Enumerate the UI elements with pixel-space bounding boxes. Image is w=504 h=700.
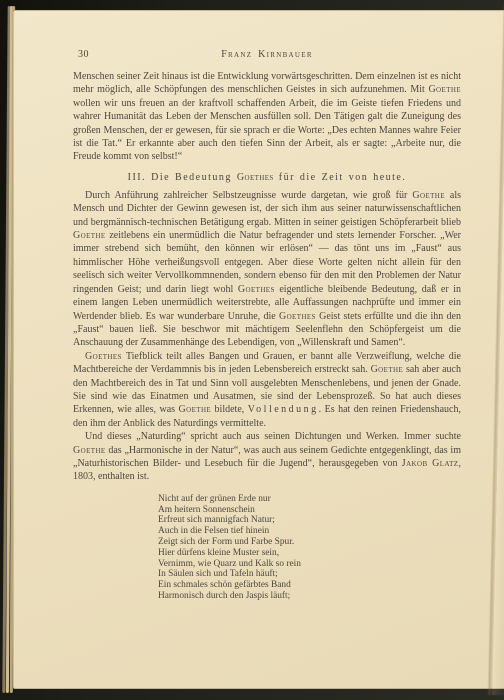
poem-line: Vernimm, wie Quarz und Kalk so rein [158, 559, 461, 570]
page-crease [475, 4, 504, 695]
section-heading: III. Die Bedeutung Goethes für die Zeit … [73, 171, 461, 185]
poem-line: Ein schmales schön gefärbtes Band [158, 580, 461, 591]
text-segment: für die Zeit von heute. [274, 172, 407, 183]
poem-line: In Säulen sich und Tafeln häuft; [158, 569, 461, 580]
poem-line: Zeigt sich der Form und Farbe Spur. [158, 537, 461, 548]
poem-line: Harmonisch durch den Jaspis läuft; [158, 591, 461, 602]
poem-line: Am heitern Sonnenschein [158, 505, 461, 516]
text-segment: bildete, [211, 404, 248, 415]
small-caps-name: Goethe [428, 84, 461, 95]
poem-line: Auch in die Felsen tief hinein [158, 526, 461, 537]
small-caps-name: Goethe [73, 230, 106, 241]
poem-line: Erfreut sich mannigfach Natur; [158, 515, 461, 526]
running-header: Franz Kirnbauer [221, 49, 313, 60]
small-caps-name: Goethes [279, 311, 316, 322]
page-header: 30 Franz Kirnbauer [73, 48, 461, 61]
small-caps-name: Goethe [412, 190, 445, 201]
small-caps-name: Jakob Glatz [402, 458, 459, 469]
page-number: 30 [78, 48, 89, 61]
small-caps-name: Goethe [73, 445, 106, 456]
text-segment: Menschen seiner Zeit hinaus ist die Entw… [73, 71, 461, 95]
text-segment: Durch Anführung zahlreicher Selbstzeugni… [85, 190, 412, 201]
paragraph: Durch Anführung zahlreicher Selbstzeugni… [73, 189, 461, 350]
spaced-emphasis: Vollendung [248, 404, 319, 415]
poem: Nicht auf der grünen Erde nurAm heitern … [158, 494, 461, 602]
book-page: 30 Franz Kirnbauer Menschen seiner Zeit … [13, 10, 504, 689]
small-caps-name: Goethes [237, 172, 274, 183]
paragraph: Menschen seiner Zeit hinaus ist die Entw… [73, 70, 461, 164]
text-segment: wollen wir uns freuen an der kraftvoll s… [73, 98, 461, 163]
paragraph: Und dieses „Naturding“ spricht auch aus … [73, 430, 461, 484]
poem-line: Hier dürfens kleine Muster sein, [158, 548, 461, 559]
scanned-book-photo: 30 Franz Kirnbauer Menschen seiner Zeit … [0, 0, 504, 700]
small-caps-name: Goethes [238, 284, 275, 295]
page-content: 30 Franz Kirnbauer Menschen seiner Zeit … [73, 48, 461, 602]
small-caps-name: Goethe [371, 364, 404, 375]
poem-line: Nicht auf der grünen Erde nur [158, 494, 461, 505]
text-segment: Und dieses „Naturding“ spricht auch aus … [85, 431, 461, 442]
body-text: Menschen seiner Zeit hinaus ist die Entw… [73, 70, 461, 602]
text-segment: III. Die Bedeutung [128, 172, 237, 183]
small-caps-name: Goethe [179, 404, 212, 415]
small-caps-name: Goethes [85, 351, 122, 362]
paragraph: Goethes Tiefblick teilt alles Bangen und… [73, 350, 461, 430]
